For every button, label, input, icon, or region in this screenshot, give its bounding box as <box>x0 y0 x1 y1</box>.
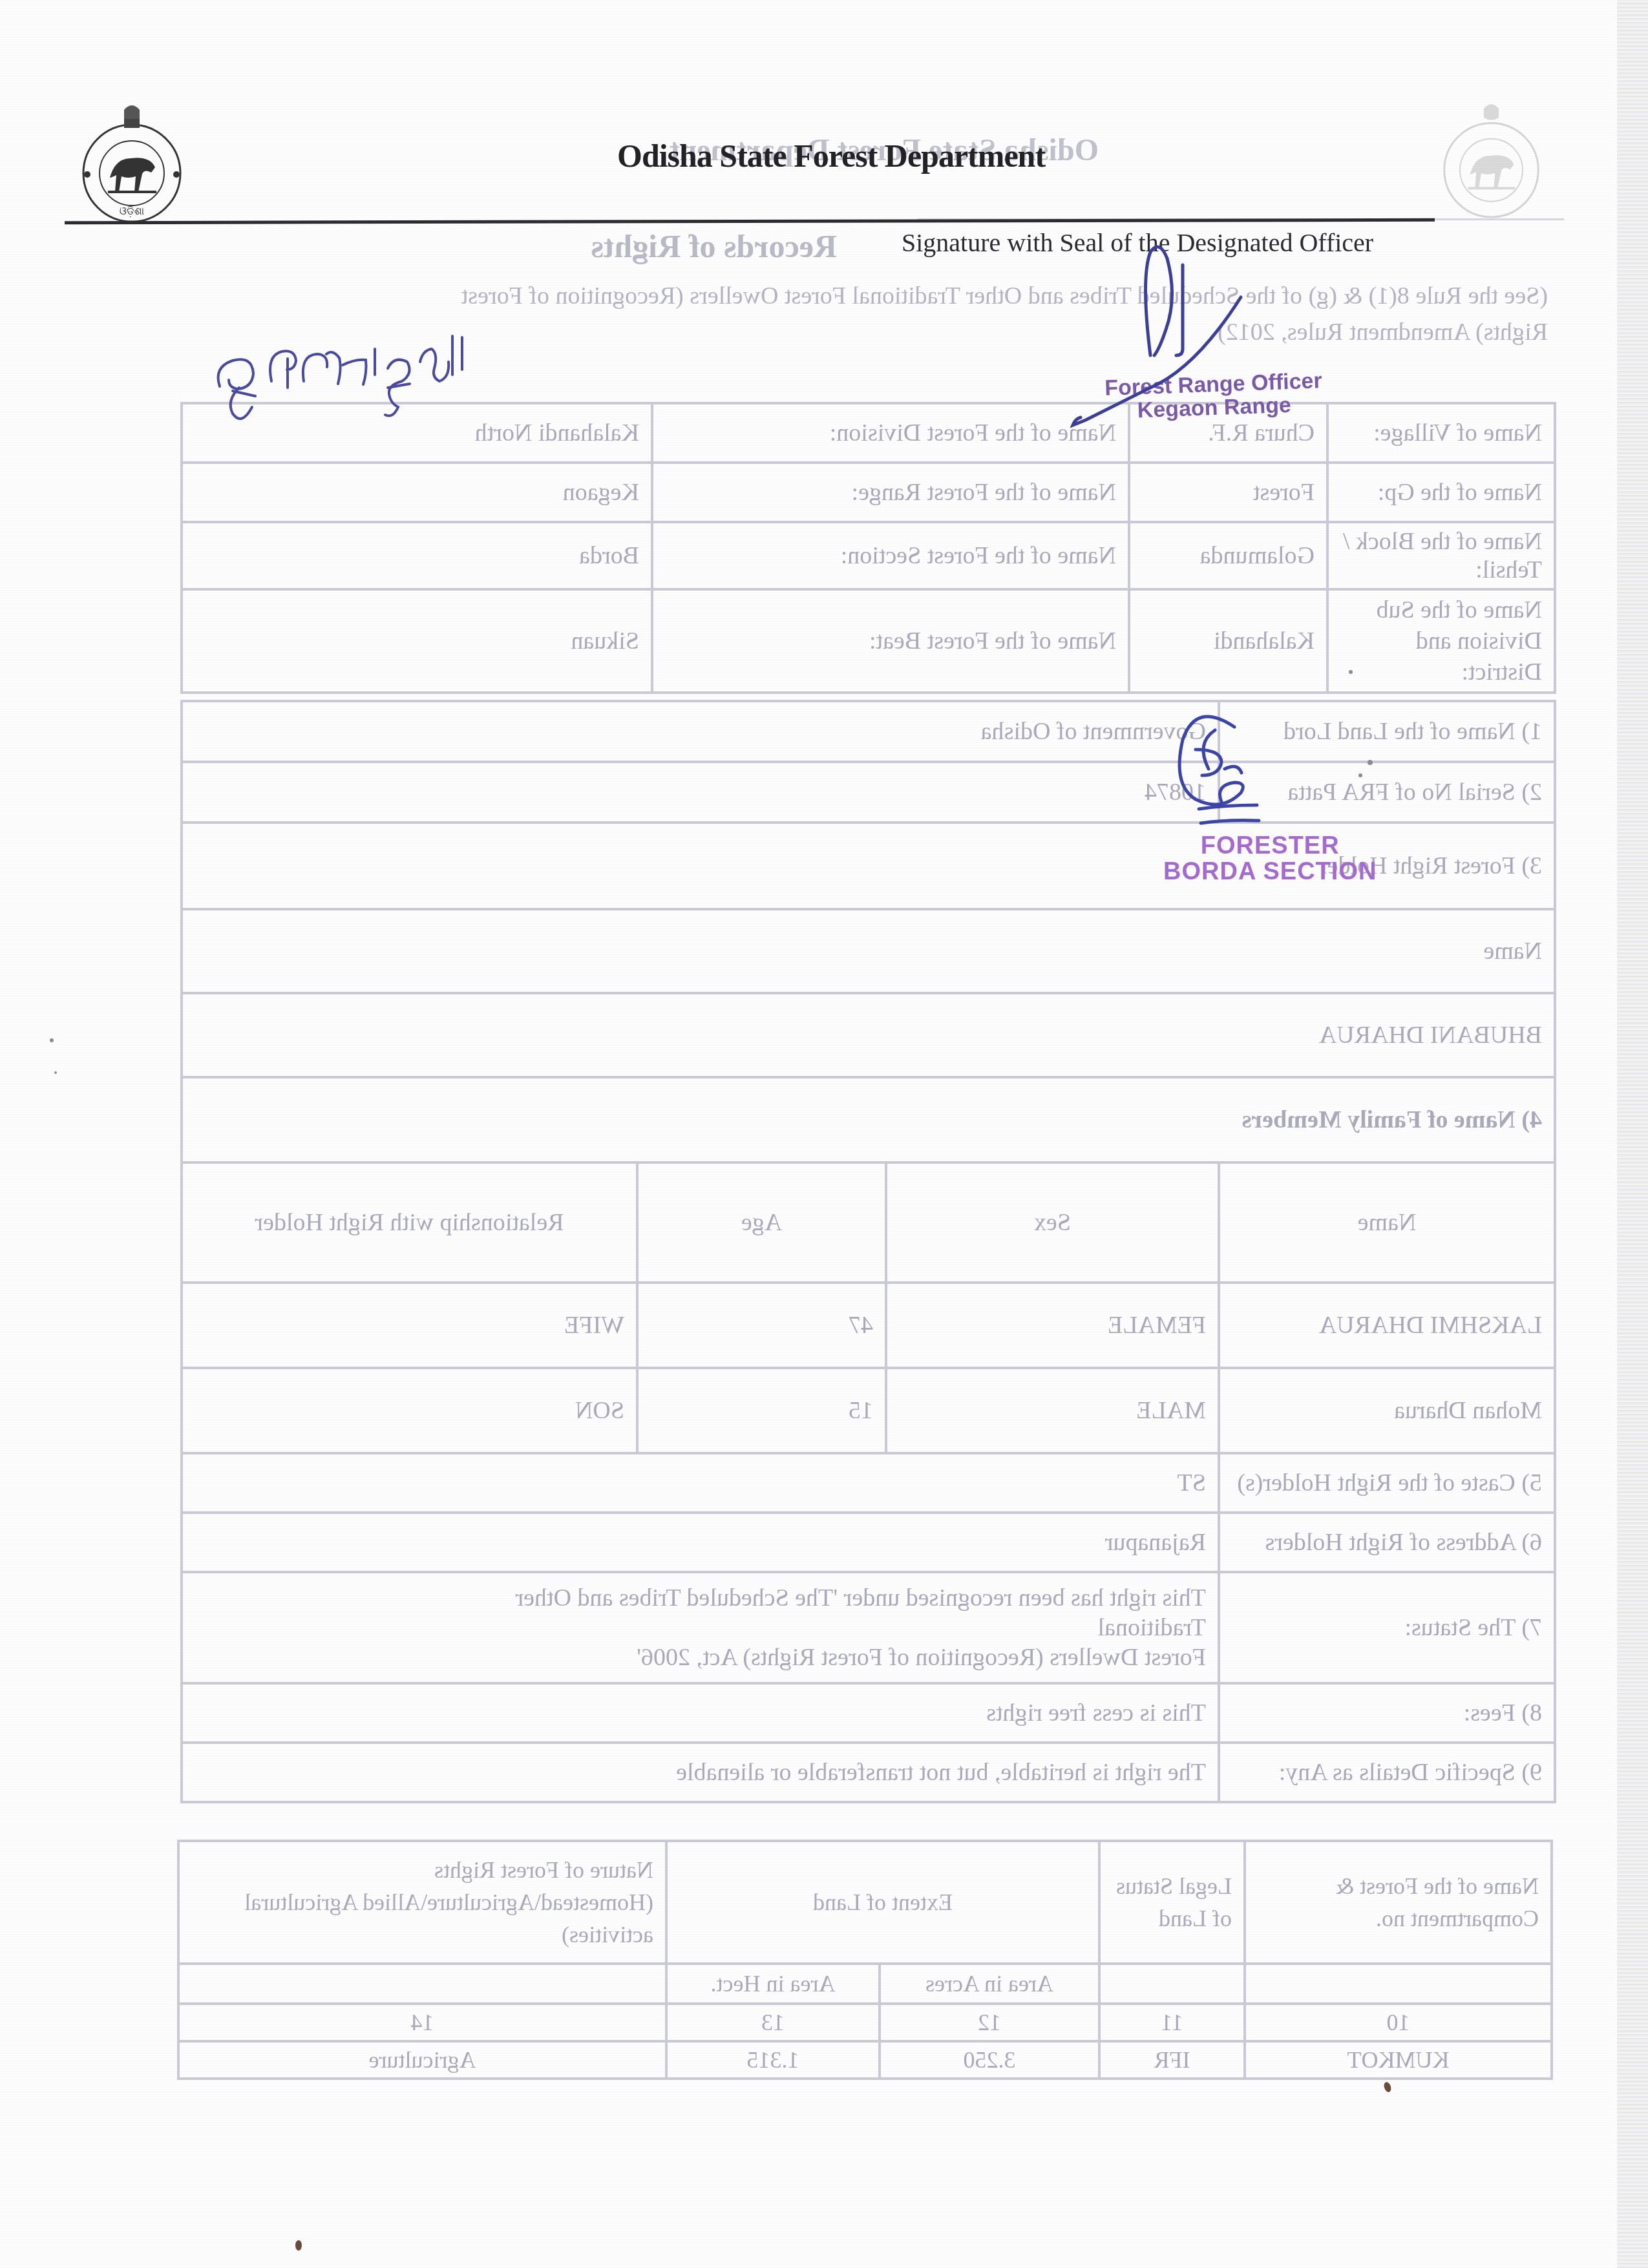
table-row: BHUBANI DHARUA <box>182 993 1555 1077</box>
bleed-rule-text: (See the Rule 8(1) & (g) of the Schedule… <box>94 278 1548 350</box>
cell-label: Name of the Gp: <box>1327 463 1555 522</box>
status-line: This right has been recognised under 'Th… <box>195 1583 1206 1613</box>
cell-hect: 1.315 <box>666 2041 880 2079</box>
table-row: Name of the Gp: Forest Name of the Fores… <box>182 463 1555 522</box>
cell-label: Name of the Forest Section: <box>652 522 1129 589</box>
family-heading: 4) Name of Family Members <box>182 1077 1555 1162</box>
cell-value: Borda <box>182 522 652 589</box>
faint-emblem-icon <box>1440 96 1543 231</box>
land-table: Name of the Forest & Compartment no. Leg… <box>177 1840 1553 2080</box>
cell-label: Name of the Forest Division: <box>652 403 1129 463</box>
table-row: LAKSHMI DHARUA FEMALE 47 WIFE <box>182 1283 1555 1368</box>
bleed-section-title: Records of Rights <box>591 227 837 265</box>
member-name: LAKSHMI DHARUA <box>1219 1283 1555 1368</box>
table-row: 7) The Status: This right has been recog… <box>182 1572 1555 1683</box>
col-extent: Extent of Land <box>666 1841 1099 1964</box>
svg-text:ଓଡ଼ିଶା: ଓଡ଼ିଶା <box>120 205 145 217</box>
status-line: Forest Dwellers (Recognition of Forest R… <box>195 1643 1206 1672</box>
signature-caption: Signature with Seal of the Designated Of… <box>902 227 1373 258</box>
col-sex: Sex <box>886 1162 1219 1283</box>
cell-legal-status: IFR <box>1099 2041 1245 2079</box>
header-title: Odisha State Forest Department <box>617 137 1045 174</box>
member-age: 15 <box>637 1368 886 1453</box>
land-lord-label: 1) Name of the Land Lord <box>1219 701 1555 762</box>
table-row: Name <box>182 909 1555 993</box>
table-row: 1) Name of the Land Lord Government of O… <box>182 701 1555 762</box>
cell-forest: KUMKOT <box>1245 2041 1552 2079</box>
col-number: 14 <box>178 2004 666 2041</box>
status-label: 7) The Status: <box>1219 1572 1555 1683</box>
member-age: 47 <box>637 1283 886 1368</box>
member-name: Mohan Dharua <box>1219 1368 1555 1453</box>
table-row: Mohan Dharua MALE 15 SON <box>182 1368 1555 1453</box>
col-number: 13 <box>666 2004 880 2041</box>
cell-label: Name of Village: <box>1327 403 1555 463</box>
empty-cell <box>1245 1964 1552 2004</box>
serial-value: 10874 <box>182 762 1219 823</box>
specific-label: 9) Specific Details as Any: <box>1219 1743 1555 1802</box>
col-nature: Nature of Forest Rights (Homestead\Agric… <box>178 1841 666 1964</box>
cell-label: Name of the Forest Beat: <box>652 589 1129 693</box>
bleed-through-layer: Odisha State Forest Department Records o… <box>0 0 1648 2268</box>
caste-label: 5) Caste of the Right Holder(s) <box>1219 1453 1555 1513</box>
land-number-row: 10 11 12 13 14 <box>178 2004 1552 2041</box>
cell-nature: Agriculture <box>178 2041 666 2079</box>
cell-value: Kegaon <box>182 463 652 522</box>
member-sex: MALE <box>886 1368 1219 1453</box>
stamp-line: BORDA SECTION <box>1163 859 1377 885</box>
address-label: 6) Address of Right Holders <box>1219 1513 1555 1572</box>
col-acres: Area in Acres <box>880 1964 1099 2004</box>
range-officer-stamp: Forest Range Officer Kegaon Range <box>1104 370 1324 423</box>
col-name: Name <box>1219 1162 1555 1283</box>
cell-value: Sikuan <box>182 589 652 693</box>
land-subheader-row: Area in Acres Area in Hect. <box>178 1964 1552 2004</box>
serial-label: 2) Serial No of FRA Patta <box>1219 762 1555 823</box>
cell-value: Kalahandi <box>1129 589 1327 693</box>
empty-cell <box>178 1964 666 2004</box>
table-row: Name of the Sub Division and District: K… <box>182 589 1555 693</box>
table-row: 2) Serial No of FRA Patta 10874 <box>182 762 1555 823</box>
member-sex: FEMALE <box>886 1283 1219 1368</box>
cell-acres: 3.250 <box>880 2041 1099 2079</box>
empty-cell <box>1099 1964 1245 2004</box>
bleed-rule-line-2: Rights) Amendment Rules, 2012) <box>94 314 1548 350</box>
col-number: 12 <box>880 2004 1099 2041</box>
status-line: Traditional <box>195 1613 1206 1643</box>
cell-value: Forest <box>1129 463 1327 522</box>
cell-value: Kalahandi North <box>182 403 652 463</box>
table-row: 4) Name of Family Members <box>182 1077 1555 1162</box>
table-row: 5) Caste of the Right Holder(s) ST <box>182 1453 1555 1513</box>
caste-value: ST <box>182 1453 1219 1513</box>
stamp-line: FORESTER <box>1163 834 1377 859</box>
cell-label: Name of the Forest Range: <box>652 463 1129 522</box>
table-row: Name of Village: Chura R.F. Name of the … <box>182 403 1555 463</box>
status-value: This right has been recognised under 'Th… <box>182 1572 1219 1683</box>
table-row: KUMKOT IFR 3.250 1.315 Agriculture <box>178 2041 1552 2079</box>
col-number: 11 <box>1099 2004 1245 2041</box>
member-relationship: WIFE <box>182 1283 637 1368</box>
member-relationship: SON <box>182 1368 637 1453</box>
specific-value: The right is heritable, but not transfer… <box>182 1743 1219 1802</box>
col-age: Age <box>637 1162 886 1283</box>
family-header-row: Name Sex Age Relationship with Right Hol… <box>182 1162 1555 1283</box>
address-value: Rajanapur <box>182 1513 1219 1572</box>
cell-label: Name of the Sub Division and District: <box>1327 589 1555 693</box>
table-row: 9) Specific Details as Any: The right is… <box>182 1743 1555 1802</box>
name-label: Name <box>182 909 1555 993</box>
bleed-rule-line-1: (See the Rule 8(1) & (g) of the Schedule… <box>94 278 1548 314</box>
col-hect: Area in Hect. <box>666 1964 880 2004</box>
col-forest: Name of the Forest & Compartment no. <box>1245 1841 1552 1964</box>
col-legal-status: Legal Status of Land <box>1099 1841 1245 1964</box>
land-header-row: Name of the Forest & Compartment no. Leg… <box>178 1841 1552 1964</box>
odisha-emblem-icon: ଓଡ଼ିଶା <box>79 97 185 236</box>
holder-name: BHUBANI DHARUA <box>182 993 1555 1077</box>
speck-mark <box>295 2240 302 2251</box>
table-row: Name of the Block / Tehsil: Golamunda Na… <box>182 522 1555 589</box>
cell-label: Name of the Block / Tehsil: <box>1327 522 1555 589</box>
forester-stamp: FORESTER BORDA SECTION <box>1163 834 1377 885</box>
fees-value: This is cess free rights <box>182 1683 1219 1743</box>
col-relationship: Relationship with Right Holder <box>182 1162 637 1283</box>
cell-value: Golamunda <box>1129 522 1327 589</box>
col-number: 10 <box>1245 2004 1552 2041</box>
table-row: 6) Address of Right Holders Rajanapur <box>182 1513 1555 1572</box>
location-table: Name of Village: Chura R.F. Name of the … <box>180 402 1556 694</box>
land-lord-value: Government of Odisha <box>182 701 1219 762</box>
fees-label: 8) Fees: <box>1219 1683 1555 1743</box>
table-row: 8) Fees: This is cess free rights <box>182 1683 1555 1743</box>
